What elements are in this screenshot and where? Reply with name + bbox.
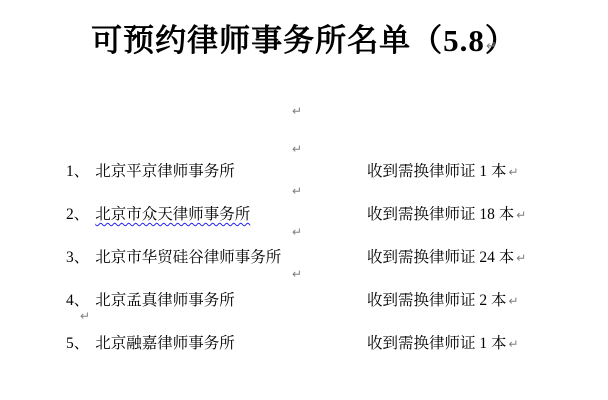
row-index: 1、 (66, 163, 89, 180)
list-row: 2、北京市众天律师事务所 收到需换律师证 18 本↵ (66, 206, 566, 224)
firm-name: 北京孟真律师事务所 (95, 292, 235, 309)
certificate-count: 收到需换律师证 2 本↵ (367, 292, 519, 309)
paragraph-mark-icon: ↵ (292, 105, 302, 117)
paragraph-mark-icon: ↵ (509, 294, 519, 308)
list-row: 3、北京市华贸硅谷律师事务所 收到需换律师证 24 本↵ (66, 249, 566, 267)
certificate-count: 收到需换律师证 1 本↵ (367, 163, 519, 180)
firm-name: 北京平京律师事务所 (95, 163, 235, 180)
list-row: 4、北京孟真律师事务所 收到需换律师证 2 本↵ (66, 292, 566, 310)
row-index: 5、 (66, 335, 89, 352)
paragraph-mark-icon: ↵ (292, 143, 302, 155)
paragraph-mark-icon: ↵ (80, 310, 90, 322)
document-title: 可预约律师事务所名单（5.8） (0, 22, 608, 60)
paragraph-mark-icon: ↵ (486, 40, 497, 52)
row-index: 3、 (66, 249, 89, 266)
paragraph-mark-icon: ↵ (509, 337, 519, 351)
certificate-count: 收到需换律师证 18 本↵ (367, 206, 526, 223)
paragraph-mark-icon: ↵ (292, 185, 302, 197)
certificate-count: 收到需换律师证 1 本↵ (367, 335, 519, 352)
firm-name: 北京市华贸硅谷律师事务所 (95, 249, 281, 266)
list-row: 1、北京平京律师事务所 收到需换律师证 1 本↵ (66, 163, 566, 181)
paragraph-mark-icon: ↵ (516, 251, 526, 265)
row-index: 2、 (66, 206, 89, 223)
row-index: 4、 (66, 292, 89, 309)
document-page[interactable]: 可预约律师事务所名单（5.8） ↵ ↵ ↵ ↵ ↵ ↵ ↵ 1、北京平京律师事务… (0, 0, 608, 400)
certificate-count: 收到需换律师证 24 本↵ (367, 249, 526, 266)
paragraph-mark-icon: ↵ (292, 268, 302, 280)
firm-name: 北京融嘉律师事务所 (95, 335, 235, 352)
paragraph-mark-icon: ↵ (516, 208, 526, 222)
paragraph-mark-icon: ↵ (292, 226, 302, 238)
paragraph-mark-icon: ↵ (509, 165, 519, 179)
firm-name: 北京市众天律师事务所 (95, 206, 250, 223)
list-row: 5、北京融嘉律师事务所 收到需换律师证 1 本↵ (66, 335, 566, 353)
